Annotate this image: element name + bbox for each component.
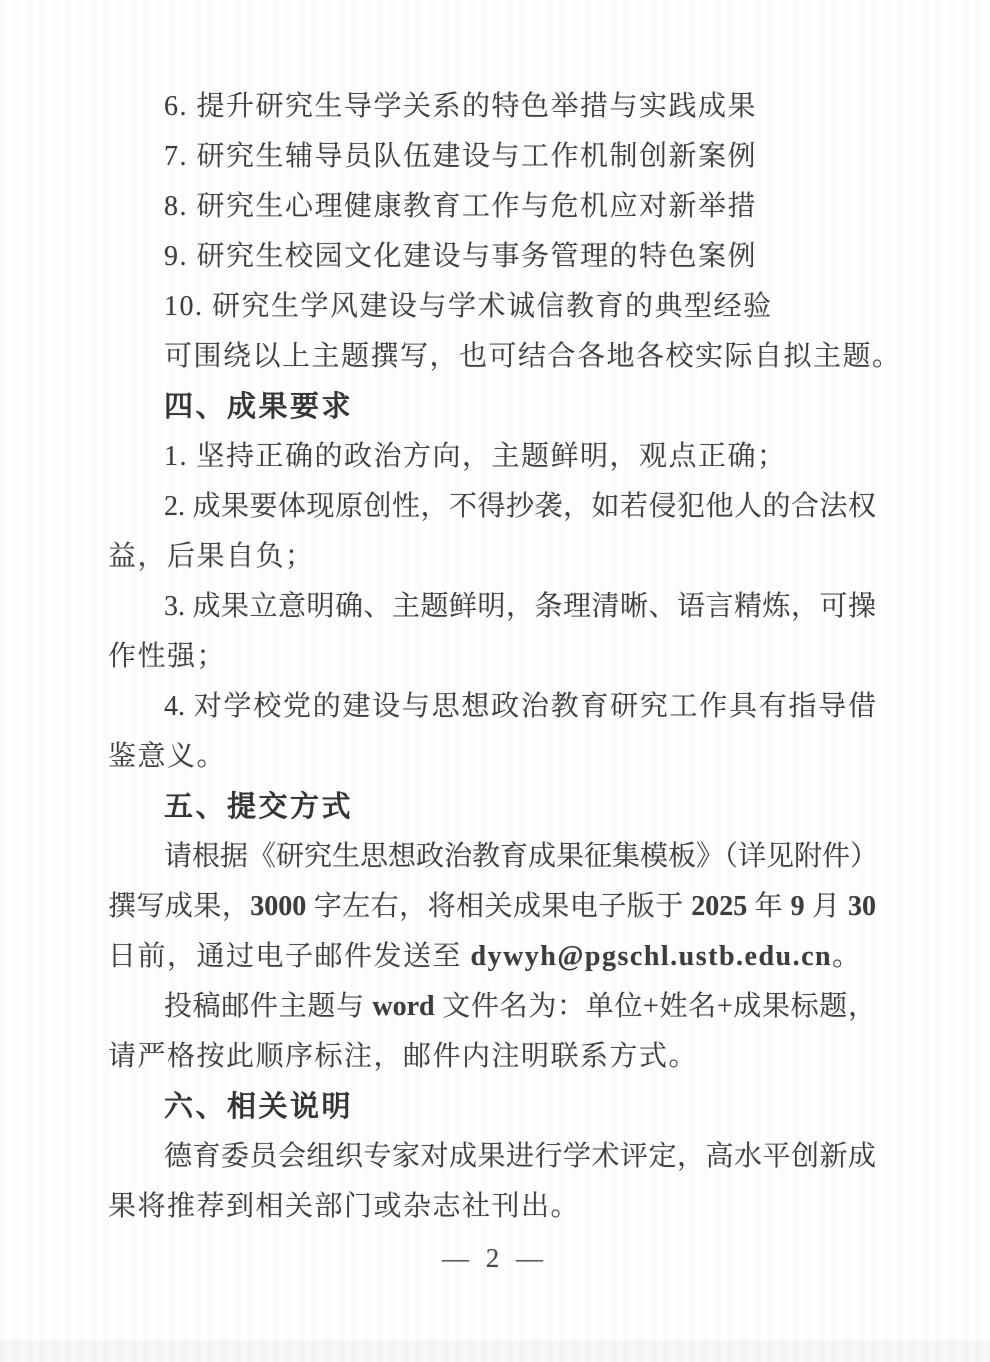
requirement-3-line1: 3. 成果立意明确、主题鲜明，条理清晰、语言精炼，可操 (108, 582, 876, 632)
text-segment: 8. 研究生心理健康教育工作与危机应对新举措 (164, 191, 757, 222)
text-segment: 六、相关说明 (164, 1091, 353, 1123)
text-segment: 投稿邮件主题与 (164, 991, 372, 1022)
text-segment: 2025 (691, 891, 747, 922)
topic-item-9: 9. 研究生校园文化建设与事务管理的特色案例 (108, 232, 876, 282)
submission-line2: 撰写成果，3000 字左右，将相关成果电子版于 2025 年 9 月 30 (108, 882, 876, 932)
section-heading-5: 五、提交方式 (108, 782, 876, 832)
text-segment: 10. 研究生学风建设与学术诚信教育的典型经验 (164, 291, 773, 322)
text-segment: 年 (747, 891, 790, 922)
topic-item-10: 10. 研究生学风建设与学术诚信教育的典型经验 (108, 282, 876, 332)
text-segment: 6. 提升研究生导学关系的特色举措与实践成果 (164, 91, 757, 122)
requirement-4-line2: 鉴意义。 (108, 732, 876, 782)
email-format-line1: 投稿邮件主题与 word 文件名为：单位+姓名+成果标题， (108, 982, 876, 1032)
section-heading-4: 四、成果要求 (108, 382, 876, 432)
text-segment: 30 (848, 891, 876, 922)
topic-item-8: 8. 研究生心理健康教育工作与危机应对新举措 (108, 182, 876, 232)
remark-line1: 德育委员会组织专家对成果进行学术评定，高水平创新成 (108, 1132, 876, 1182)
text-segment: 五、提交方式 (164, 791, 353, 823)
remark-line2: 果将推荐到相关部门或杂志社刊出。 (108, 1182, 876, 1232)
requirement-2-line1: 2. 成果要体现原创性，不得抄袭，如若侵犯他人的合法权 (108, 482, 876, 532)
text-segment: 。 (832, 941, 862, 972)
text-segment: 请根据《研究生思想政治教育成果征集模板》（详见附件） (164, 841, 878, 872)
requirement-2-line2: 益，后果自负； (108, 532, 876, 582)
text-segment: 3. 成果立意明确、主题鲜明，条理清晰、语言精炼，可操 (164, 591, 876, 622)
document-body: 6. 提升研究生导学关系的特色举措与实践成果7. 研究生辅导员队伍建设与工作机制… (108, 82, 876, 1232)
text-segment: 1. 坚持正确的政治方向，主题鲜明，观点正确； (164, 441, 787, 472)
requirement-1: 1. 坚持正确的政治方向，主题鲜明，观点正确； (108, 432, 876, 482)
text-segment: 鉴意义。 (108, 741, 226, 772)
text-segment: 可围绕以上主题撰写，也可结合各地各校实际自拟主题。 (164, 341, 902, 372)
text-segment: 益，后果自负； (108, 541, 315, 572)
text-segment: 4. 对学校党的建设与思想政治教育研究工作具有指导借 (164, 691, 876, 722)
text-segment: 撰写成果， (108, 891, 250, 922)
scanned-document-page: 6. 提升研究生导学关系的特色举措与实践成果7. 研究生辅导员队伍建设与工作机制… (0, 0, 990, 1362)
submission-line1: 请根据《研究生思想政治教育成果征集模板》（详见附件） (108, 832, 876, 882)
text-segment: 作性强； (108, 641, 226, 672)
section-heading-6: 六、相关说明 (108, 1082, 876, 1132)
email-format-line2: 请严格按此顺序标注，邮件内注明联系方式。 (108, 1032, 876, 1082)
topic-item-6: 6. 提升研究生导学关系的特色举措与实践成果 (108, 82, 876, 132)
text-segment: 果将推荐到相关部门或杂志社刊出。 (108, 1191, 580, 1222)
text-segment: 日前，通过电子邮件发送至 (108, 941, 471, 972)
text-segment: 文件名为：单位+姓名+成果标题， (435, 991, 876, 1022)
text-segment: 2. 成果要体现原创性，不得抄袭，如若侵犯他人的合法权 (164, 491, 876, 522)
text-segment: 月 (805, 891, 848, 922)
text-segment: 字左右，将相关成果电子版于 (306, 891, 691, 922)
topic-item-7: 7. 研究生辅导员队伍建设与工作机制创新案例 (108, 132, 876, 182)
requirement-4-line1: 4. 对学校党的建设与思想政治教育研究工作具有指导借 (108, 682, 876, 732)
text-segment: 7. 研究生辅导员队伍建设与工作机制创新案例 (164, 141, 757, 172)
text-segment: 德育委员会组织专家对成果进行学术评定，高水平创新成 (164, 1141, 876, 1172)
text-segment: 9. 研究生校园文化建设与事务管理的特色案例 (164, 241, 757, 272)
requirement-3-line2: 作性强； (108, 632, 876, 682)
text-segment: dywyh@pgschl.ustb.edu.cn (471, 941, 833, 972)
text-segment: 9 (791, 891, 805, 922)
text-segment: 四、成果要求 (164, 391, 353, 423)
scan-bottom-band (0, 1341, 990, 1362)
text-segment: 3000 (250, 891, 306, 922)
page-number: — 2 — (0, 1233, 990, 1283)
topic-note: 可围绕以上主题撰写，也可结合各地各校实际自拟主题。 (108, 332, 876, 382)
text-segment: word (372, 991, 434, 1022)
submission-line3: 日前，通过电子邮件发送至 dywyh@pgschl.ustb.edu.cn。 (108, 932, 876, 982)
text-segment: 请严格按此顺序标注，邮件内注明联系方式。 (108, 1041, 698, 1072)
